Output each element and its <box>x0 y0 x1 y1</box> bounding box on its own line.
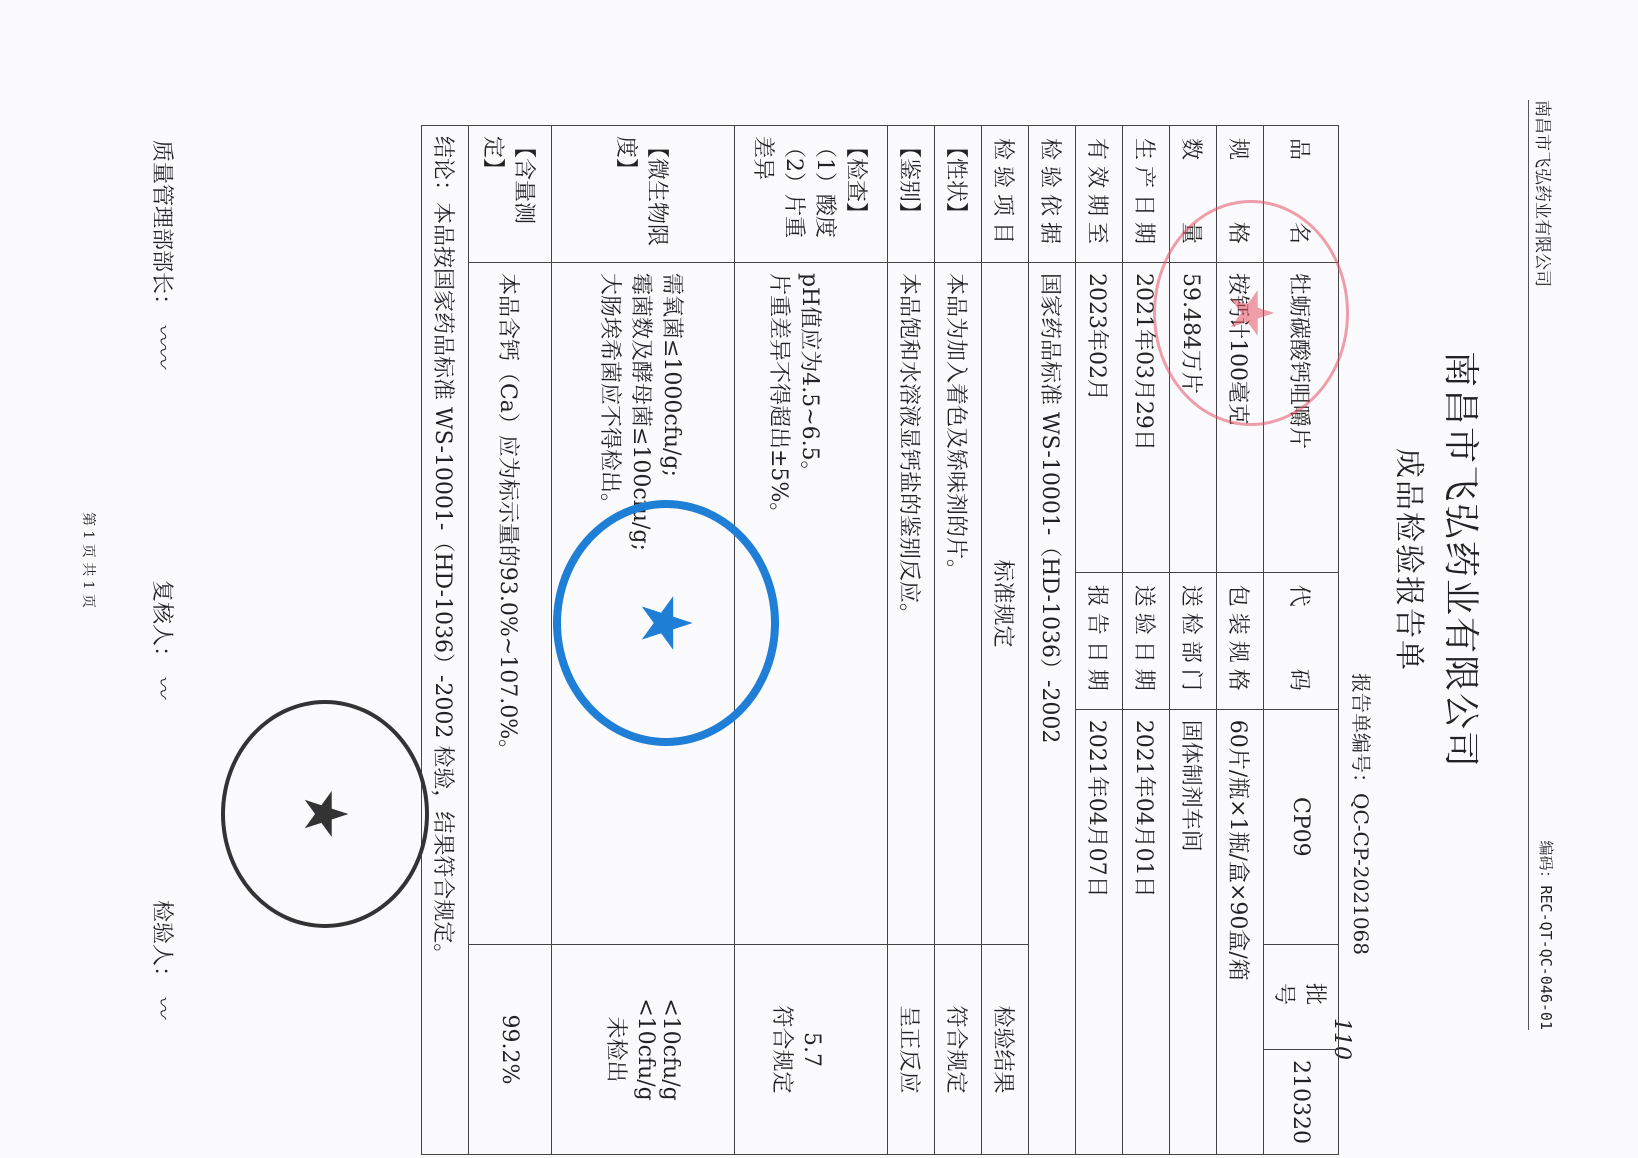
test-result: 符合规定 <box>768 955 799 1144</box>
test-result: 呈正反应 <box>888 944 935 1154</box>
test-standard: 本品为加入着色及矫味剂的片。 <box>935 262 982 944</box>
test-result: <10cfu/g <box>659 955 684 1144</box>
star-icon: ★ <box>290 787 360 841</box>
report-number: 报告单编号：QC-CP-2021068 <box>1348 673 1377 955</box>
test-row: 【性状】 本品为加入着色及矫味剂的片。 符合规定 <box>935 126 982 1155</box>
test-result: 符合规定 <box>935 944 982 1154</box>
value-packing: 60片/瓶×1瓶/盒×90盒/箱 <box>1217 709 1264 1154</box>
header-doc-code: 编码：REC-QT-QC-046-01 <box>1536 841 1557 1031</box>
label-code: 代 码 <box>1264 572 1339 709</box>
test-result-group: <10cfu/g <10cfu/g 未检出 <box>552 944 735 1154</box>
test-standard: pH值应为4.5~6.5。 <box>796 273 827 934</box>
test-row: 【含量测定】 本品含钙（Ca）应为标示量的93.0%~107.0%。 99.2% <box>469 126 552 1155</box>
row-basis: 检验依据 国家药品标准 WS-10001-（HD-1036）-2002 <box>1029 126 1076 1155</box>
qa-head-signature: 质量管理部部长： 〰〰 <box>148 140 179 367</box>
col-item: 检验项目 <box>982 126 1029 263</box>
test-item: 【含量测定】 <box>469 126 552 263</box>
test-result: 99.2% <box>469 944 552 1154</box>
row-expiry: 有效期至 2023年02月 报告日期 2021年04月07日 <box>1076 126 1123 1155</box>
scanned-paper: 南昌市飞弘药业有限公司 编码：REC-QT-QC-046-01 南昌市飞弘药业有… <box>0 0 1638 1158</box>
header-rule <box>1528 100 1529 1030</box>
black-qc-seal: ★ <box>221 700 429 928</box>
reviewer-label: 复核人： <box>149 580 174 668</box>
page-number: 第 1 页 共 1 页 <box>79 20 99 1100</box>
test-item: 【微生物限度】 <box>552 126 735 263</box>
test-result: 未检出 <box>603 955 634 1144</box>
value-code: CP09 <box>1264 709 1339 944</box>
inspector-label: 检验人： <box>149 900 174 988</box>
handwritten-signature: 〰 <box>149 995 174 1017</box>
star-icon: ★ <box>1216 286 1286 340</box>
label-mfg-date: 生产日期 <box>1123 126 1170 263</box>
label-submit-date: 送验日期 <box>1123 572 1170 709</box>
label-basis: 检验依据 <box>1029 126 1076 263</box>
conclusion-text: 结论：本品按国家药品标准 WS-10001-（HD-1036）-2002 检验，… <box>422 126 469 1155</box>
red-company-seal: ★ <box>1153 200 1349 426</box>
test-result-group: 5.7 符合规定 <box>735 944 888 1154</box>
reviewer-signature: 复核人： 〰 <box>148 580 179 697</box>
label-dept: 送检部门 <box>1170 572 1217 709</box>
row-conclusion: 结论：本品按国家药品标准 WS-10001-（HD-1036）-2002 检验，… <box>422 126 469 1155</box>
label-packing: 包装规格 <box>1217 572 1264 709</box>
test-standard: 本品饱和水溶液显钙盐的鉴别反应。 <box>888 262 935 944</box>
test-item: 【检查】 <box>842 136 873 252</box>
star-icon: ★ <box>625 592 707 655</box>
value-submit-date: 2021年04月01日 <box>1123 709 1170 1154</box>
qa-head-label: 质量管理部部长： <box>149 140 174 316</box>
test-item: 【鉴别】 <box>888 126 935 263</box>
value-dept: 固体制剂车间 <box>1170 709 1217 1154</box>
inspection-report-page: 南昌市飞弘药业有限公司 编码：REC-QT-QC-046-01 南昌市飞弘药业有… <box>39 20 1599 1100</box>
test-item: （1）酸度 <box>811 136 842 252</box>
test-item-group: 【检查】 （1）酸度 （2）片重差异 <box>735 126 888 263</box>
blue-qc-seal: ★ <box>553 500 779 746</box>
handwritten-signature: 〰 <box>149 675 174 697</box>
report-title: 成品检验报告单 <box>1390 20 1434 1100</box>
test-item: 【性状】 <box>935 126 982 263</box>
header-company: 南昌市飞弘药业有限公司 <box>1532 100 1557 287</box>
row-column-headers: 检验项目 标准规定 检验结果 <box>982 126 1029 1155</box>
test-standard: 本品含钙（Ca）应为标示量的93.0%~107.0%。 <box>469 262 552 944</box>
value-expiry: 2023年02月 <box>1076 262 1123 572</box>
test-result: 5.7 <box>799 955 824 1144</box>
label-report-date: 报告日期 <box>1076 572 1123 709</box>
col-result: 检验结果 <box>982 944 1029 1154</box>
test-result: <10cfu/g <box>634 955 659 1144</box>
value-batch: 210320 <box>1264 1049 1339 1154</box>
test-item: （2）片重差异 <box>749 136 811 252</box>
inspector-signature: 检验人： 〰 <box>148 900 179 1017</box>
label-batch: 批 号 <box>1264 944 1339 1049</box>
handwritten-signature: 〰〰 <box>149 323 174 367</box>
company-title: 南昌市飞弘药业有限公司 <box>1438 20 1489 1100</box>
value-report-date: 2021年04月07日 <box>1076 709 1123 1154</box>
test-row: 【鉴别】 本品饱和水溶液显钙盐的鉴别反应。 呈正反应 <box>888 126 935 1155</box>
col-standard: 标准规定 <box>982 262 1029 944</box>
value-basis: 国家药品标准 WS-10001-（HD-1036）-2002 <box>1029 262 1076 1154</box>
label-expiry: 有效期至 <box>1076 126 1123 263</box>
